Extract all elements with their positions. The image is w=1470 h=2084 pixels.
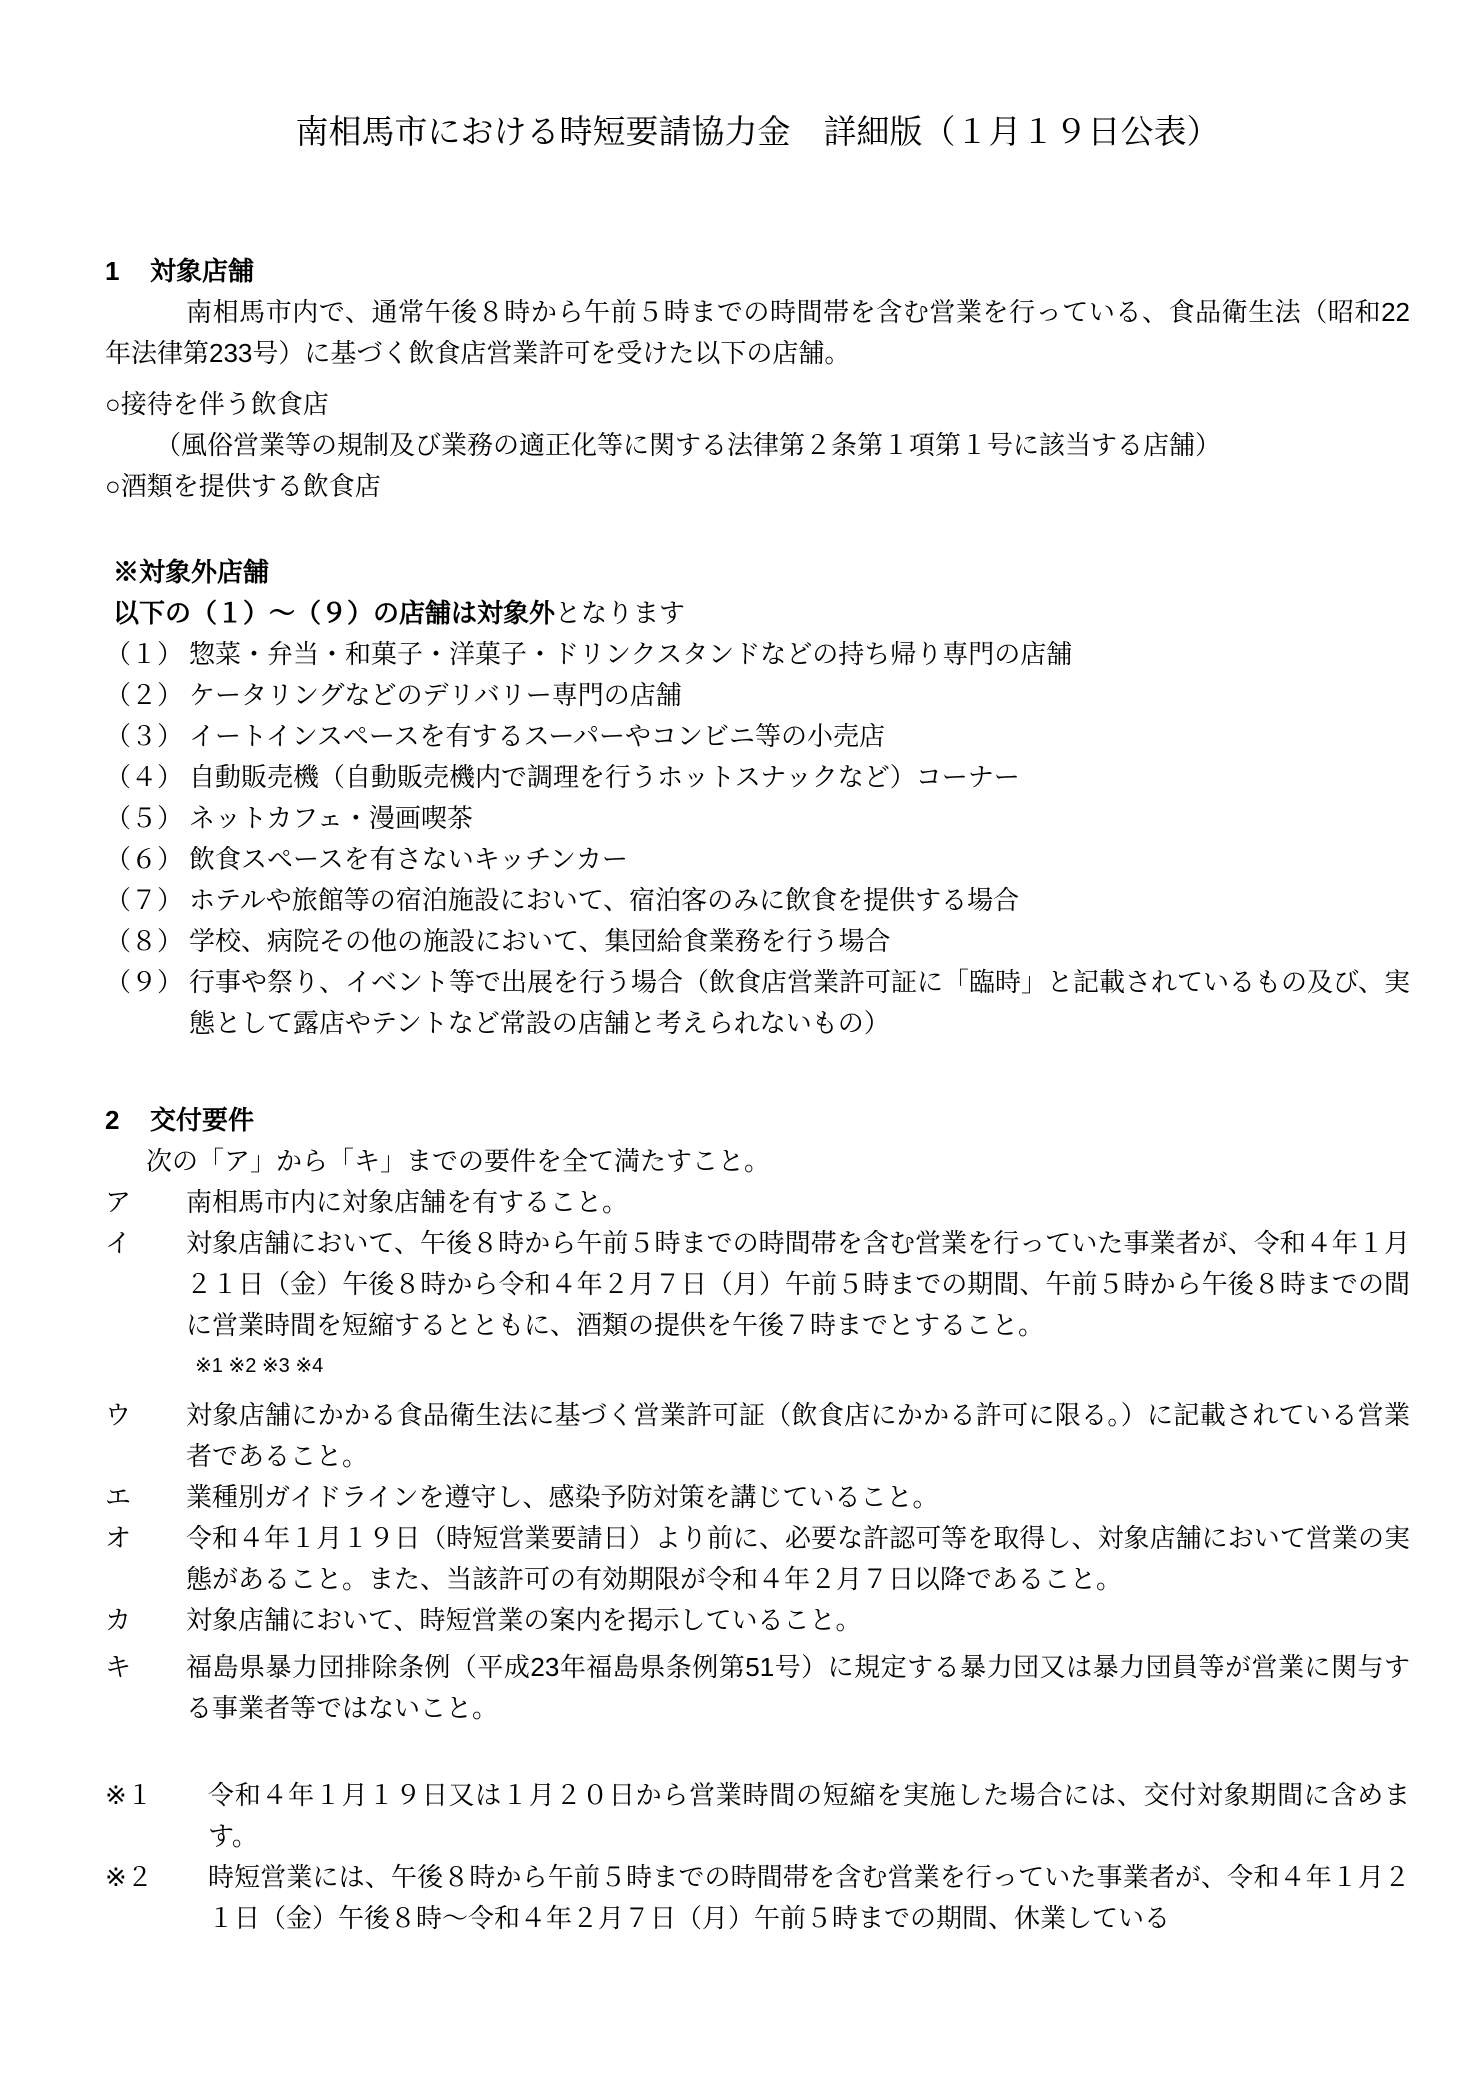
footnote-reference-marks: ※1 ※2 ※3 ※4 [186, 1346, 1410, 1386]
item-text: 惣菜・弁当・和菓子・洋菓子・ドリンクスタンドなどの持ち帰り専門の店舗 [189, 634, 1410, 675]
requirement-body: 対象店舗にかかる食品衛生法に基づく営業許可証（飲食店にかかる許可に限る。）に記載… [186, 1395, 1410, 1477]
requirement-item-o: オ 令和４年１月１９日（時短営業要請日）より前に、必要な許認可等を取得し、対象店… [105, 1518, 1410, 1600]
requirement-body: 南相馬市内に対象店舗を有すること。 [186, 1182, 1410, 1223]
item-text: ホテルや旅館等の宿泊施設において、宿泊客のみに飲食を提供する場合 [189, 880, 1410, 921]
requirement-label: オ [105, 1518, 186, 1600]
section-2-intro: 次の「ア」から「キ」までの要件を全て満たすこと。 [105, 1141, 1410, 1182]
excluded-item: （７） ホテルや旅館等の宿泊施設において、宿泊客のみに飲食を提供する場合 [105, 880, 1410, 921]
bullet-item-host-restaurant: ○接待を伴う飲食店 [105, 384, 1410, 425]
requirement-item-u: ウ 対象店舗にかかる食品衛生法に基づく営業許可証（飲食店にかかる許可に限る。）に… [105, 1395, 1410, 1477]
footnotes-block: ※１ 令和４年１月１９日又は１月２０日から営業時間の短縮を実施した場合には、交付… [105, 1775, 1410, 1939]
bullet-text: 酒類を提供する飲食店 [121, 471, 381, 501]
section-1-heading: 1対象店舗 [105, 251, 1410, 292]
requirement-text: 業種別ガイドラインを遵守し、感染予防対策を講じていること。 [186, 1477, 1410, 1518]
excluded-item: （９） 行事や祭り、イベント等で出展を行う場合（飲食店営業許可証に「臨時」と記載… [105, 962, 1410, 1044]
footnote-text: 時短営業には、午後８時から午前５時までの時間帯を含む営業を行っていた事業者が、令… [208, 1857, 1410, 1939]
footnote-text: 令和４年１月１９日又は１月２０日から営業時間の短縮を実施した場合には、交付対象期… [208, 1775, 1410, 1857]
requirement-label: エ [105, 1477, 186, 1518]
section-1-heading-text: 対象店舗 [150, 256, 254, 286]
requirement-label: ウ [105, 1395, 186, 1477]
requirement-text: 対象店舗において、時短営業の案内を掲示していること。 [186, 1600, 1410, 1641]
requirement-body: 業種別ガイドラインを遵守し、感染予防対策を講じていること。 [186, 1477, 1410, 1518]
item-number: （３） [105, 716, 189, 757]
item-text: ケータリングなどのデリバリー専門の店舗 [189, 675, 1410, 716]
item-number: （２） [105, 675, 189, 716]
item-number: （８） [105, 921, 189, 962]
item-text: 自動販売機（自動販売機内で調理を行うホットスナックなど）コーナー [189, 757, 1410, 798]
circle-marker: ○ [105, 471, 121, 501]
excluded-shops-block: ※対象外店舗 以下の（１）～（９）の店舗は対象外となります （１） 惣菜・弁当・… [105, 552, 1410, 1044]
footnote-label: ※２ [105, 1857, 208, 1939]
item-number: （７） [105, 880, 189, 921]
item-text: 行事や祭り、イベント等で出展を行う場合（飲食店営業許可証に「臨時」と記載されてい… [189, 962, 1410, 1044]
requirement-text: 南相馬市内に対象店舗を有すること。 [186, 1182, 1410, 1223]
bullet-parenthetical-note: （風俗営業等の規制及び業務の適正化等に関する法律第２条第１項第１号に該当する店舗… [155, 425, 1410, 466]
item-number: （５） [105, 798, 189, 839]
bullet-text: 接待を伴う飲食店 [121, 389, 329, 419]
requirement-body: 令和４年１月１９日（時短営業要請日）より前に、必要な許認可等を取得し、対象店舗に… [186, 1518, 1410, 1600]
item-number: （４） [105, 757, 189, 798]
requirement-text: 対象店舗にかかる食品衛生法に基づく営業許可証（飲食店にかかる許可に限る。）に記載… [186, 1395, 1410, 1477]
document-page: 南相馬市における時短要請協力金 詳細版（１月１９日公表） 1対象店舗 南相馬市内… [0, 0, 1470, 2084]
item-text: イートインスペースを有するスーパーやコンビニ等の小売店 [189, 716, 1410, 757]
excluded-item: （８） 学校、病院その他の施設において、集団給食業務を行う場合 [105, 921, 1410, 962]
item-text: ネットカフェ・漫画喫茶 [189, 798, 1410, 839]
footnote-label: ※１ [105, 1775, 208, 1857]
requirement-text: 対象店舗において、午後８時から午前５時までの時間帯を含む営業を行っていた事業者が… [186, 1223, 1410, 1346]
document-title: 南相馬市における時短要請協力金 詳細版（１月１９日公表） [105, 110, 1410, 154]
excluded-item: （２） ケータリングなどのデリバリー専門の店舗 [105, 675, 1410, 716]
excluded-item: （３） イートインスペースを有するスーパーやコンビニ等の小売店 [105, 716, 1410, 757]
requirement-label: キ [105, 1647, 186, 1729]
footnote-item-1: ※１ 令和４年１月１９日又は１月２０日から営業時間の短縮を実施した場合には、交付… [105, 1775, 1410, 1857]
excluded-lead: 以下の（１）～（９）の店舗は対象外となります [113, 593, 1410, 634]
requirement-item-a: ア 南相馬市内に対象店舗を有すること。 [105, 1182, 1410, 1223]
requirement-item-e: エ 業種別ガイドラインを遵守し、感染予防対策を講じていること。 [105, 1477, 1410, 1518]
section-2-heading-text: 交付要件 [150, 1105, 254, 1135]
excluded-lead-bold: 以下の（１）～（９）の店舗は対象外 [113, 598, 555, 628]
circle-marker: ○ [105, 389, 121, 419]
item-number: （１） [105, 634, 189, 675]
excluded-item: （１） 惣菜・弁当・和菓子・洋菓子・ドリンクスタンドなどの持ち帰り専門の店舗 [105, 634, 1410, 675]
item-number: （６） [105, 839, 189, 880]
requirement-body: 対象店舗において、午後８時から午前５時までの時間帯を含む営業を行っていた事業者が… [186, 1223, 1410, 1386]
excluded-lead-regular: となります [555, 598, 685, 628]
bullet-item-alcohol-restaurant: ○酒類を提供する飲食店 [105, 466, 1410, 507]
requirement-body: 福島県暴力団排除条例（平成23年福島県条例第51号）に規定する暴力団又は暴力団員… [186, 1647, 1410, 1729]
section-2-heading: 2交付要件 [105, 1100, 1410, 1141]
requirement-text: 令和４年１月１９日（時短営業要請日）より前に、必要な許認可等を取得し、対象店舗に… [186, 1518, 1410, 1600]
excluded-item: （４） 自動販売機（自動販売機内で調理を行うホットスナックなど）コーナー [105, 757, 1410, 798]
section-2-number: 2 [105, 1100, 150, 1141]
requirement-label: ア [105, 1182, 186, 1223]
requirement-label: イ [105, 1223, 186, 1386]
footnote-item-2: ※２ 時短営業には、午後８時から午前５時までの時間帯を含む営業を行っていた事業者… [105, 1857, 1410, 1939]
excluded-item: （６） 飲食スペースを有さないキッチンカー [105, 839, 1410, 880]
requirement-item-ki: キ 福島県暴力団排除条例（平成23年福島県条例第51号）に規定する暴力団又は暴力… [105, 1647, 1410, 1729]
requirement-label: カ [105, 1600, 186, 1641]
excluded-heading: ※対象外店舗 [113, 552, 1410, 593]
requirement-body: 対象店舗において、時短営業の案内を掲示していること。 [186, 1600, 1410, 1641]
requirement-item-ka: カ 対象店舗において、時短営業の案内を掲示していること。 [105, 1600, 1410, 1641]
section-1-number: 1 [105, 251, 150, 292]
item-number: （９） [105, 962, 189, 1044]
section-1-intro: 南相馬市内で、通常午後８時から午前５時までの時間帯を含む営業を行っている、食品衛… [105, 292, 1410, 374]
requirement-text: 福島県暴力団排除条例（平成23年福島県条例第51号）に規定する暴力団又は暴力団員… [186, 1647, 1410, 1729]
item-text: 飲食スペースを有さないキッチンカー [189, 839, 1410, 880]
requirement-item-i: イ 対象店舗において、午後８時から午前５時までの時間帯を含む営業を行っていた事業… [105, 1223, 1410, 1386]
item-text: 学校、病院その他の施設において、集団給食業務を行う場合 [189, 921, 1410, 962]
excluded-item: （５） ネットカフェ・漫画喫茶 [105, 798, 1410, 839]
